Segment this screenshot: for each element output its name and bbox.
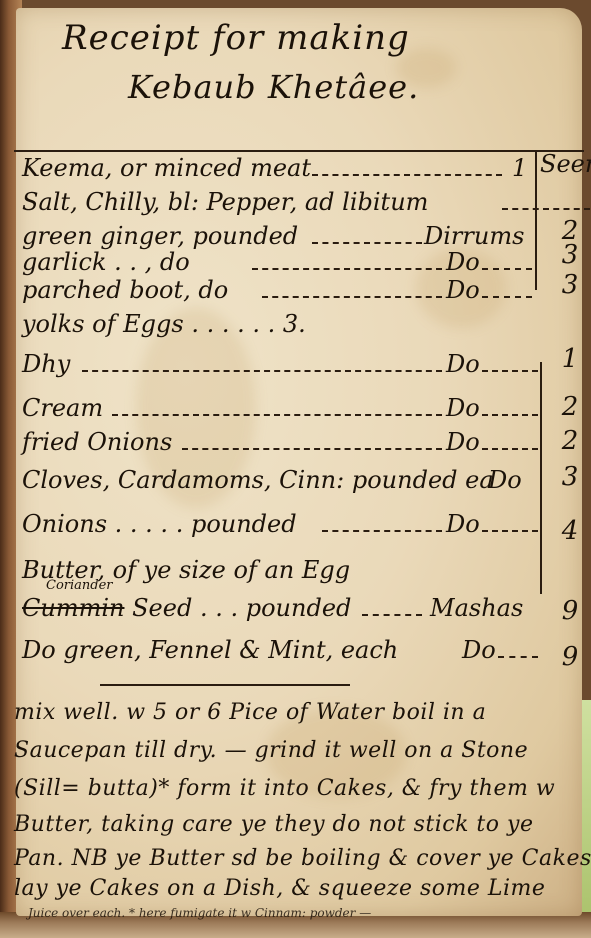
ingredient-name: Keema, or minced meat [22, 154, 311, 182]
ingredient-row: Salt, Chilly, bl: Pepper, ad libitum [22, 184, 532, 220]
leader-dots [482, 370, 538, 372]
ingredient-measure: 1 [512, 154, 527, 182]
ingredient-name: Salt, Chilly, bl: Pepper, ad libitum [22, 188, 428, 216]
ingredient-row: parched boot, do Do [22, 272, 532, 308]
unit-header: Seer [540, 150, 591, 178]
ingredient-measure: Do [446, 428, 480, 456]
ingredient-qty: 2 [552, 392, 588, 422]
ingredient-text: Seed . . . pounded [132, 594, 351, 622]
ingredient-row: Onions . . . . . pounded Do [22, 506, 532, 542]
instruction-line: Pan. NB ye Butter sd be boiling & cover … [14, 846, 591, 871]
ingredient-qty: 4 [552, 516, 588, 546]
leader-dots [112, 414, 442, 416]
ingredient-name: Onions . . . . . pounded [22, 510, 297, 538]
ingredient-row: Dhy Do [22, 346, 532, 382]
ingredient-qty: 3 [552, 240, 588, 270]
leader-dots [482, 448, 538, 450]
ingredient-qty: 9 [552, 642, 588, 672]
ingredient-row: Cream Do [22, 390, 532, 426]
leader-dots [312, 174, 502, 176]
column-rule-top [535, 150, 537, 290]
ingredient-qty: 1 [552, 344, 588, 374]
leader-dots [482, 414, 538, 416]
ingredient-row: Do green, Fennel & Mint, each Do [22, 632, 532, 668]
ingredient-measure: Do [446, 350, 480, 378]
column-rule-middle [540, 362, 542, 594]
leader-dots [498, 656, 538, 658]
leader-dots [482, 530, 538, 532]
ingredient-measure: Do [446, 510, 480, 538]
ingredient-row: Keema, or minced meat 1 [22, 150, 532, 186]
leader-dots [82, 370, 442, 372]
ingredient-measure: Do [446, 276, 480, 304]
ingredient-name: Do green, Fennel & Mint, each [22, 636, 398, 664]
instruction-line: Butter, taking care ye they do not stick… [14, 812, 533, 837]
leader-dots [482, 296, 532, 298]
ingredient-measure: Mashas [430, 594, 523, 622]
ingredient-name: yolks of Eggs . . . . . . 3. [22, 310, 306, 338]
ingredient-measure: Do [446, 394, 480, 422]
ingredient-name: Cream [22, 394, 103, 422]
section-underline [100, 684, 350, 686]
ingredient-qty: 3 [552, 270, 588, 300]
leader-dots [362, 614, 422, 616]
leader-dots [482, 268, 532, 270]
instruction-line: (Sill= butta)* form it into Cakes, & fry… [14, 776, 555, 801]
ingredient-row: Cloves, Cardamoms, Cinn: pounded ea Do [22, 462, 532, 498]
ingredient-name: parched boot, do [22, 276, 228, 304]
instruction-line: mix well. w 5 or 6 Pice of Water boil in… [14, 700, 486, 725]
ingredient-measure: Do [462, 636, 496, 664]
leader-dots [502, 208, 590, 210]
ingredient-row: yolks of Eggs . . . . . . 3. [22, 306, 532, 342]
ingredient-name: Cummin Seed . . . pounded [22, 594, 351, 622]
ingredient-qty: 9 [552, 596, 588, 626]
ingredient-name: fried Onions [22, 428, 172, 456]
leader-dots [322, 530, 442, 532]
ingredient-row: Cummin Seed . . . pounded Mashas [22, 590, 532, 626]
ingredient-qty: 3 [552, 462, 588, 492]
struck-word: Cummin [22, 594, 124, 622]
footnote: Juice over each. * here fumigate it w Ci… [28, 906, 371, 920]
leader-dots [262, 296, 442, 298]
instruction-line: lay ye Cakes on a Dish, & squeeze some L… [14, 876, 545, 901]
ingredient-name: Dhy [22, 350, 70, 378]
title-line-2: Kebaub Khetâee. [128, 68, 419, 106]
title-line-1: Receipt for making [62, 18, 410, 58]
ingredient-name: Cloves, Cardamoms, Cinn: pounded ea [22, 466, 494, 494]
leader-dots [182, 448, 442, 450]
instruction-line: Saucepan till dry. — grind it well on a … [14, 738, 528, 763]
ingredient-measure: Do [488, 466, 522, 494]
leader-dots [252, 268, 442, 270]
ingredient-row: fried Onions Do [22, 424, 532, 460]
ingredient-qty: 2 [552, 426, 588, 456]
